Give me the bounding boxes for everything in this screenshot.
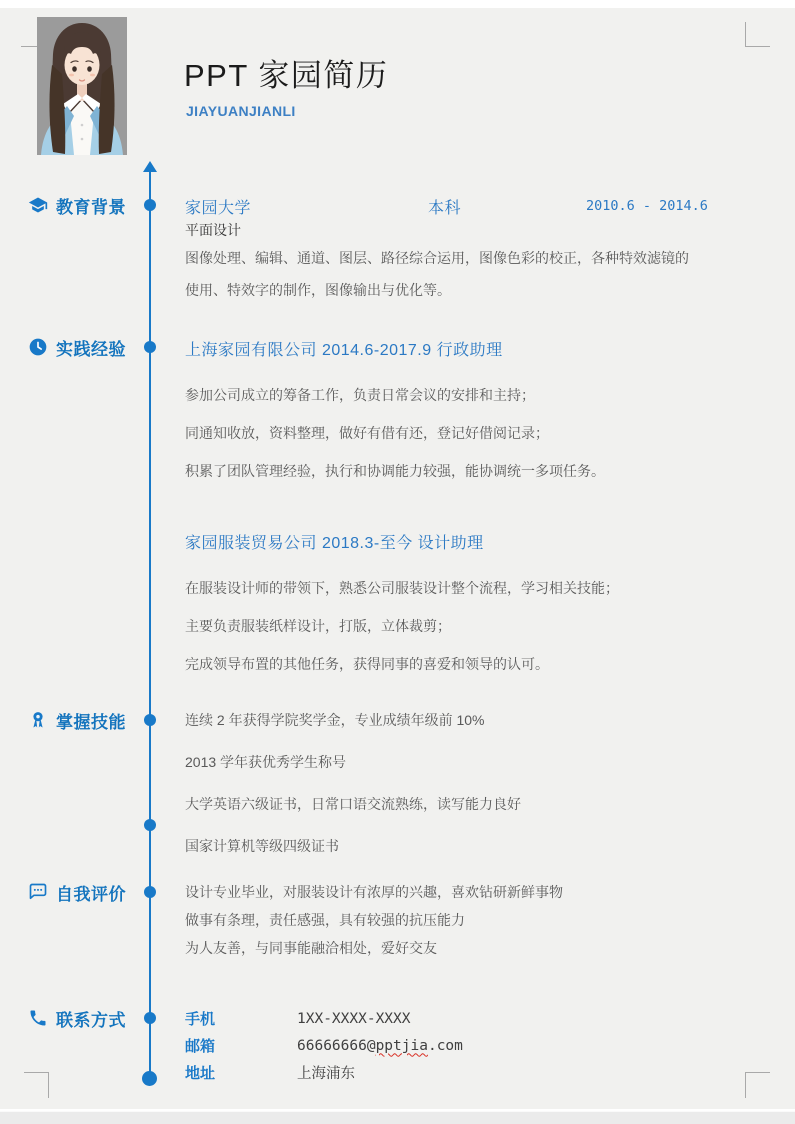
self-evaluation-item: 做事有条理，责任感强，具有较强的抗压能力	[185, 906, 563, 934]
section-header-skills: 掌握技能	[28, 708, 126, 732]
timeline-dot-skills-2	[144, 819, 156, 831]
section-label: 教育背景	[56, 193, 126, 218]
timeline-line	[149, 170, 151, 1078]
contact-label: 地址	[185, 1062, 297, 1083]
margin-mark-bottom-left-h	[24, 1072, 49, 1073]
education-major: 平面设计	[185, 220, 241, 240]
timeline-end-dot	[142, 1071, 157, 1086]
contact-list: 手机 1XX-XXXX-XXXX 邮箱 66666666@pptjia.com …	[185, 1005, 463, 1086]
contact-row-phone: 手机 1XX-XXXX-XXXX	[185, 1005, 463, 1032]
chat-bubble-icon	[28, 882, 48, 902]
job-bullet: 同通知收放，资料整理，做好有借有还，登记好借阅记录；	[185, 414, 605, 452]
job-title: 家园服装贸易公司 2018.3-至今 设计助理	[185, 530, 484, 553]
section-label: 联系方式	[56, 1006, 126, 1031]
self-evaluation-item: 设计专业毕业，对服装设计有浓厚的兴趣，喜欢钻研新鲜事物	[185, 878, 563, 906]
contact-row-address: 地址 上海浦东	[185, 1059, 463, 1086]
margin-mark-bottom-right-v	[745, 1072, 746, 1098]
email-suffix: .com	[428, 1038, 463, 1054]
self-evaluation-item: 为人友善，与同事能融洽相处，爱好交友	[185, 934, 563, 962]
skills-list: 连续 2 年获得学院奖学金，专业成绩年级前 10% 2013 学年获优秀学生称号…	[185, 699, 521, 867]
job-bullet: 主要负责服装纸样设计，打版，立体裁剪；	[185, 607, 619, 645]
timeline-dot-contact	[144, 1012, 156, 1024]
clock-icon	[28, 337, 48, 357]
graduation-cap-icon	[28, 195, 48, 215]
timeline-dot-education	[144, 199, 156, 211]
timeline-dot-self-evaluation	[144, 886, 156, 898]
resume-page: { "page": { "title": "PPT 家园简历", "subtit…	[0, 0, 795, 1124]
margin-mark-bottom-left-v	[48, 1072, 49, 1098]
page-bottom-edge	[0, 1111, 795, 1124]
self-evaluation-list: 设计专业毕业，对服装设计有浓厚的兴趣，喜欢钻研新鲜事物 做事有条理，责任感强，具…	[185, 878, 563, 962]
section-label: 实践经验	[56, 335, 126, 360]
contact-row-email: 邮箱 66666666@pptjia.com	[185, 1032, 463, 1059]
skill-item: 国家计算机等级四级证书	[185, 825, 521, 867]
education-description-line: 图像处理、编辑、通道、图层、路径综合运用，图像色彩的校正，各种特效滤镜的	[185, 242, 689, 274]
margin-mark-top-right-h	[745, 46, 770, 47]
section-header-education: 教育背景	[28, 193, 126, 217]
medal-icon	[28, 710, 48, 730]
timeline-dot-experience	[144, 341, 156, 353]
contact-email-value: 66666666@pptjia.com	[297, 1038, 463, 1054]
margin-mark-top-right-v	[745, 22, 746, 47]
contact-address-value: 上海浦东	[297, 1062, 355, 1083]
contact-label: 手机	[185, 1008, 297, 1029]
email-spellcheck-flagged: pptjia	[376, 1038, 428, 1054]
margin-mark-top-left	[21, 46, 37, 47]
section-label: 自我评价	[56, 880, 126, 905]
education-period: 2010.6 - 2014.6	[586, 198, 708, 214]
phone-icon	[28, 1008, 48, 1028]
skill-item: 大学英语六级证书，日常口语交流熟练，读写能力良好	[185, 783, 521, 825]
education-school: 家园大学	[185, 195, 251, 218]
skill-item: 连续 2 年获得学院奖学金，专业成绩年级前 10%	[185, 699, 521, 741]
job-bullet: 积累了团队管理经验，执行和协调能力较强，能协调统一多项任务。	[185, 452, 605, 490]
job-bullet: 在服装设计师的带领下，熟悉公司服装设计整个流程，学习相关技能；	[185, 569, 619, 607]
contact-phone-value: 1XX-XXXX-XXXX	[297, 1011, 411, 1027]
margin-mark-bottom-right-h	[745, 1072, 770, 1073]
contact-label: 邮箱	[185, 1035, 297, 1056]
page-subtitle: JIAYUANJIANLI	[186, 103, 296, 119]
timeline-dot-skills	[144, 714, 156, 726]
page-title: PPT 家园简历	[184, 50, 388, 95]
education-description: 图像处理、编辑、通道、图层、路径综合运用，图像色彩的校正，各种特效滤镜的 使用、…	[185, 242, 689, 306]
education-degree: 本科	[428, 195, 461, 218]
job-bullets: 在服装设计师的带领下，熟悉公司服装设计整个流程，学习相关技能； 主要负责服装纸样…	[185, 569, 619, 683]
section-header-experience: 实践经验	[28, 335, 126, 359]
job-bullets: 参加公司成立的筹备工作，负责日常会议的安排和主持； 同通知收放，资料整理，做好有…	[185, 376, 605, 490]
email-prefix: 66666666@	[297, 1038, 376, 1054]
section-header-self-evaluation: 自我评价	[28, 880, 126, 904]
section-label: 掌握技能	[56, 708, 126, 733]
skill-item: 2013 学年获优秀学生称号	[185, 741, 521, 783]
section-header-contact: 联系方式	[28, 1006, 126, 1030]
job-title: 上海家园有限公司 2014.6-2017.9 行政助理	[185, 337, 503, 360]
job-bullet: 参加公司成立的筹备工作，负责日常会议的安排和主持；	[185, 376, 605, 414]
job-bullet: 完成领导布置的其他任务，获得同事的喜爱和领导的认可。	[185, 645, 619, 683]
profile-photo	[37, 17, 127, 155]
education-description-line: 使用、特效字的制作，图像输出与优化等。	[185, 274, 689, 306]
